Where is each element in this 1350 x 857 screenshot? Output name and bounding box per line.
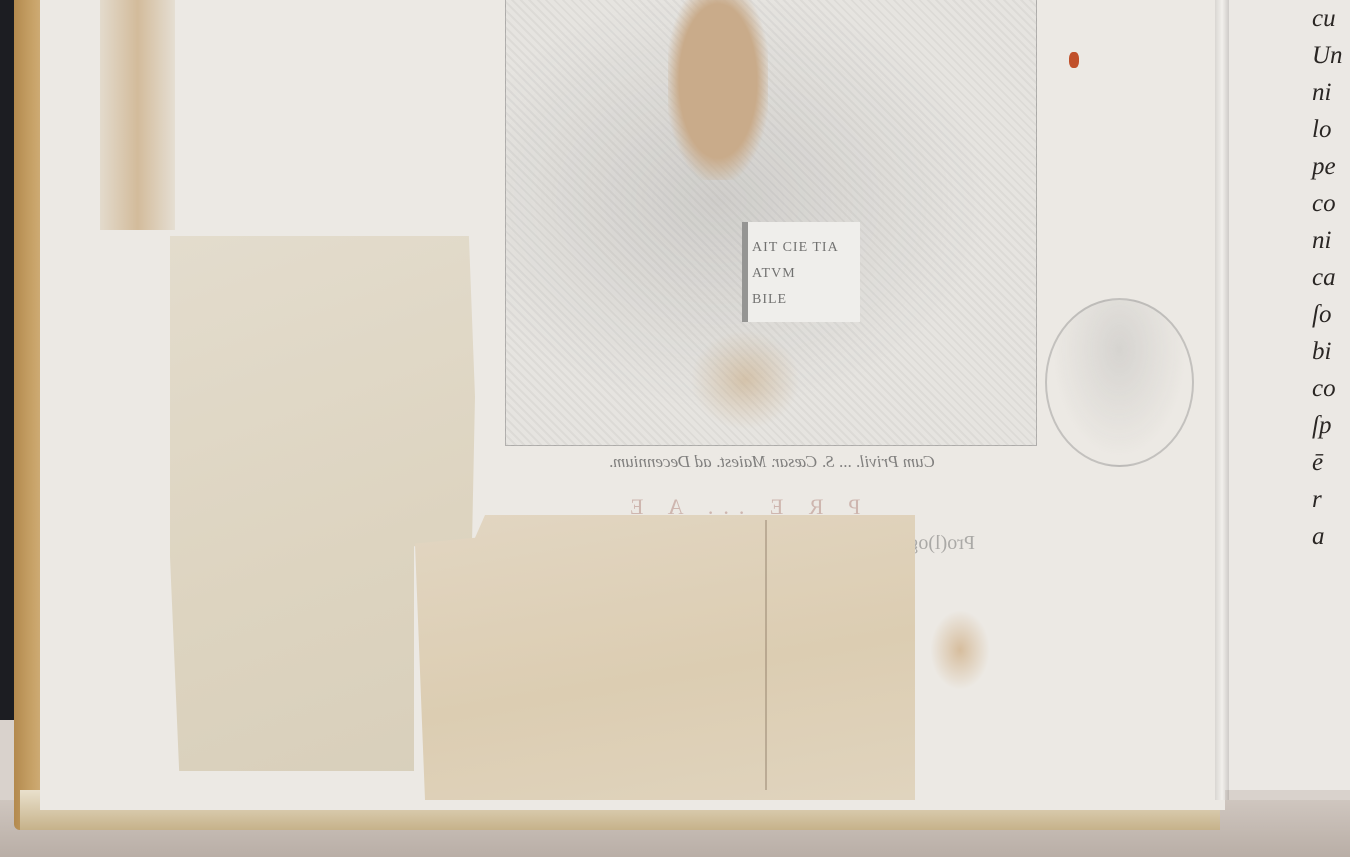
text-fragment: co — [1312, 370, 1350, 407]
text-fragment: ca — [1312, 259, 1350, 296]
rust-spot — [1069, 52, 1079, 68]
text-fragment: r — [1312, 481, 1350, 518]
text-fragment: Un — [1312, 37, 1350, 74]
foxing-stain-right — [930, 610, 990, 690]
text-fragment: a — [1312, 518, 1350, 555]
text-fragment: ni — [1312, 222, 1350, 259]
circular-seal-impression — [1045, 298, 1194, 467]
text-fragment: bi — [1312, 333, 1350, 370]
brown-stain — [668, 0, 768, 180]
plaque-line: AIT CIE TIA — [752, 240, 852, 256]
text-fragment: cu — [1312, 0, 1350, 37]
water-stain-strip — [100, 0, 175, 230]
text-fragment: ē — [1312, 444, 1350, 481]
plaque-line: ATVM — [752, 266, 852, 282]
right-page-text-column: cu Un ni lo pe co ni ca ſo bi co ſp ē r … — [1312, 0, 1350, 555]
engraving-plaque: AIT CIE TIA ATVM BILE — [742, 222, 860, 322]
text-fragment: lo — [1312, 111, 1350, 148]
patch-seam — [765, 520, 767, 790]
foxing-stain — [690, 330, 800, 430]
mirrored-caption: Cum Privil. ... S. Cæsar. Maiest. ad Dec… — [515, 452, 935, 472]
plaque-line: BILE — [752, 292, 852, 308]
text-fragment: ſo — [1312, 296, 1350, 333]
text-fragment: co — [1312, 185, 1350, 222]
text-fragment: ſp — [1312, 407, 1350, 444]
text-fragment: pe — [1312, 148, 1350, 185]
text-fragment: ni — [1312, 74, 1350, 111]
repair-patch-bottom — [415, 515, 915, 800]
gutter-fold — [1215, 0, 1229, 800]
